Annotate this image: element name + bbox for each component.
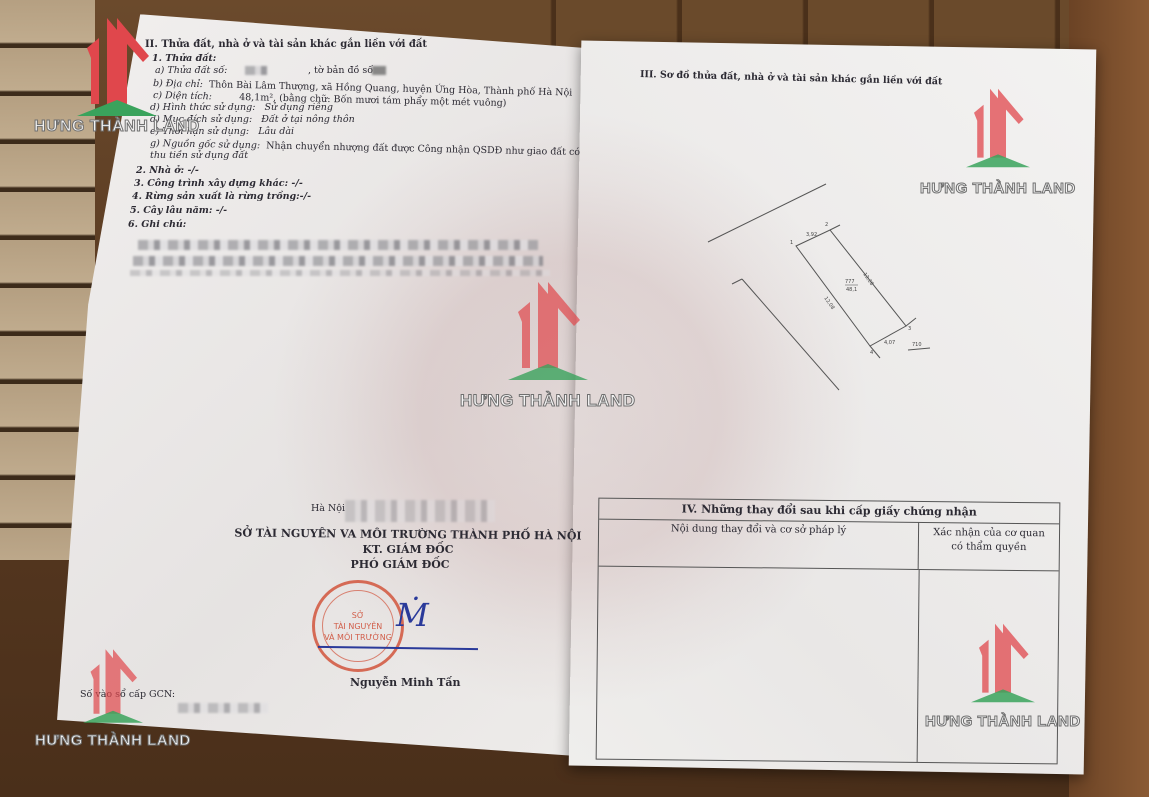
signer-name: Nguyễn Minh Tấn: [350, 676, 460, 689]
item-cay-lau-nam: 5. Cây lâu năm: -/-: [130, 204, 227, 217]
redacted-map-sheet: [372, 66, 386, 75]
svg-text:4: 4: [870, 350, 873, 356]
watermark-top-left: HƯNG THÀNH LAND: [34, 18, 200, 136]
changes-table-divider: [917, 570, 920, 762]
item-rung-san-xuat: 4. Rừng sản xuất là rừng trồng:-/-: [132, 190, 311, 203]
ht-logo-icon: [966, 78, 1030, 178]
changes-col-content: Nội dung thay đổi và cơ sở pháp lý: [599, 519, 919, 570]
kt-giam-doc: KT. GIÁM ĐỐC: [228, 543, 588, 556]
svg-text:48,1: 48,1: [846, 287, 857, 293]
svg-text:777: 777: [845, 279, 855, 285]
svg-text:2: 2: [825, 222, 828, 228]
land-plot-diagram: 1 2 3 4 3,92 12,28 4,07 12,08 777 48,1 7…: [700, 180, 940, 400]
ht-logo-icon: [508, 275, 588, 387]
item-ghi-chu: 6. Ghi chú:: [128, 218, 186, 231]
watermark-bottom-right: HƯNG THÀNH LAND: [925, 615, 1081, 730]
watermark-top-right: HƯNG THÀNH LAND: [920, 78, 1076, 197]
official-red-stamp: SỞ TÀI NGUYÊN VÀ MÔI TRƯỜNG: [312, 580, 404, 672]
redacted-date: [345, 500, 495, 522]
svg-text:12,28: 12,28: [861, 272, 874, 287]
field-nguon-goc-continuation: thu tiền sử dụng đất: [150, 149, 248, 162]
ht-logo-icon: [83, 642, 143, 730]
field-map-sheet-label: , tờ bản đồ số: [308, 64, 373, 77]
redacted-parcel-number: [245, 66, 267, 75]
redacted-registry-number: [178, 703, 268, 713]
watermark-center: HƯNG THÀNH LAND: [460, 275, 636, 411]
pho-giam-doc: PHÓ GIÁM ĐỐC: [220, 558, 580, 571]
svg-text:12,08: 12,08: [822, 296, 835, 311]
ht-logo-icon: [971, 615, 1035, 711]
redacted-note-line-1: [138, 240, 538, 250]
item-cong-trinh: 3. Công trình xây dựng khác: -/-: [134, 177, 303, 190]
place-date: Hà Nội: [311, 502, 345, 515]
svg-text:3,92: 3,92: [806, 232, 817, 238]
ht-logo-icon: [77, 18, 157, 116]
svg-text:710: 710: [912, 342, 922, 348]
changes-col-confirmation: Xác nhận của cơ quan có thẩm quyền: [919, 522, 1059, 571]
svg-text:1: 1: [790, 240, 793, 246]
item-nha-o: 2. Nhà ở: -/-: [136, 164, 199, 177]
handwritten-signature: Ṁ: [396, 596, 429, 634]
svg-text:3: 3: [908, 326, 911, 332]
watermark-bottom-left: HƯNG THÀNH LAND: [35, 642, 191, 749]
svg-text:4,07: 4,07: [884, 340, 895, 346]
redacted-note-line-2: [133, 256, 543, 266]
